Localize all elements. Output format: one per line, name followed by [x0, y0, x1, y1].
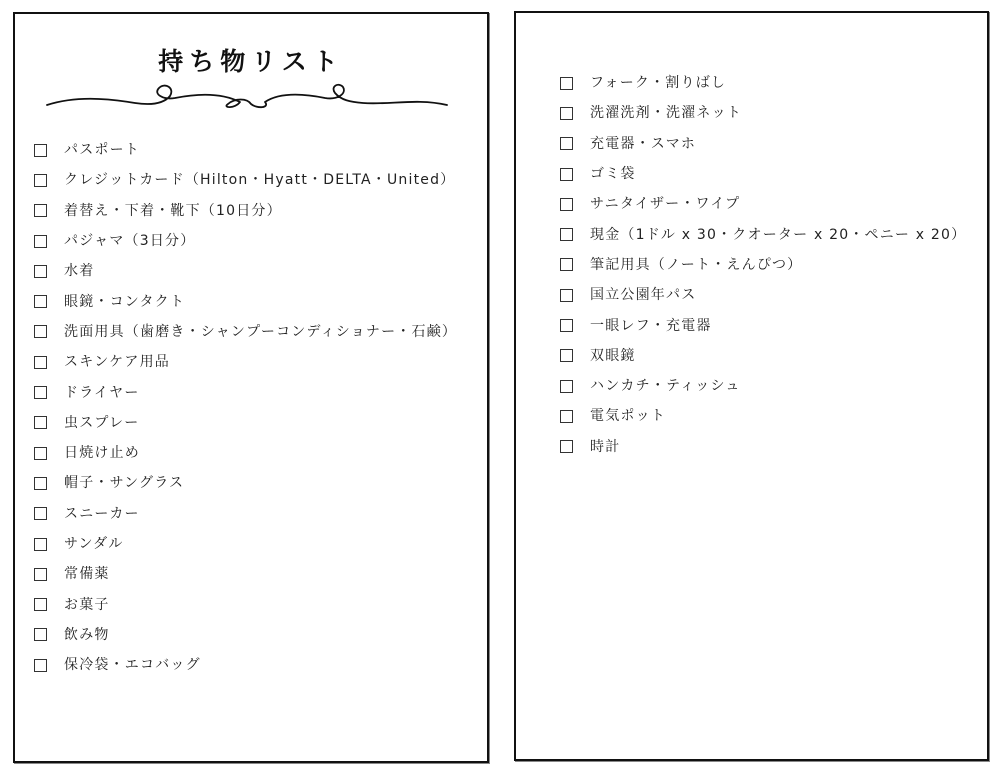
checklist-page-left: 持ち物リスト パスポート クレジットカード（Hilton・Hyatt・DELTA… — [13, 12, 489, 763]
checkbox[interactable] — [34, 386, 47, 399]
item-label: 一眼レフ・充電器 — [590, 319, 712, 333]
item-label: クレジットカード（Hilton・Hyatt・DELTA・United） — [64, 173, 455, 187]
item-label: 現金（1ドル x 30・クオーター x 20・ペニー x 20） — [590, 228, 966, 242]
list-item[interactable]: パスポート — [34, 135, 457, 165]
checkbox[interactable] — [34, 265, 47, 278]
list-item[interactable]: ドライヤー — [34, 377, 457, 407]
list-item[interactable]: お菓子 — [34, 589, 457, 619]
checkbox[interactable] — [34, 628, 47, 641]
item-label: ハンカチ・ティッシュ — [590, 379, 741, 393]
list-item[interactable]: 筆記用具（ノート・えんぴつ） — [560, 250, 966, 280]
list-item[interactable]: 着替え・下着・靴下（10日分） — [34, 196, 457, 226]
item-label: 時計 — [590, 440, 620, 454]
item-label: 筆記用具（ノート・えんぴつ） — [590, 258, 802, 272]
checkbox[interactable] — [34, 356, 47, 369]
checklist-right: フォーク・割りばし 洗濯洗剤・洗濯ネット 充電器・スマホ ゴミ袋 サニタイザー・… — [560, 68, 966, 462]
item-label: 洗面用具（歯磨き・シャンプーコンディショナー・石鹸） — [64, 325, 457, 339]
checkbox[interactable] — [34, 144, 47, 157]
list-item[interactable]: 虫スプレー — [34, 408, 457, 438]
item-label: 充電器・スマホ — [590, 137, 696, 151]
item-label: パスポート — [64, 143, 140, 157]
checkbox[interactable] — [34, 235, 47, 248]
list-item[interactable]: 眼鏡・コンタクト — [34, 286, 457, 316]
list-item[interactable]: ハンカチ・ティッシュ — [560, 371, 966, 401]
list-item[interactable]: 現金（1ドル x 30・クオーター x 20・ペニー x 20） — [560, 219, 966, 249]
list-item[interactable]: 双眼鏡 — [560, 341, 966, 371]
checkbox[interactable] — [34, 416, 47, 429]
list-item[interactable]: スキンケア用品 — [34, 347, 457, 377]
checkbox[interactable] — [560, 380, 573, 393]
checkbox[interactable] — [34, 598, 47, 611]
list-item[interactable]: 常備薬 — [34, 559, 457, 589]
checkbox[interactable] — [34, 477, 47, 490]
list-item[interactable]: 洗面用具（歯磨き・シャンプーコンディショナー・石鹸） — [34, 317, 457, 347]
checkbox[interactable] — [34, 325, 47, 338]
list-item[interactable]: サンダル — [34, 529, 457, 559]
list-item[interactable]: 保冷袋・エコバッグ — [34, 650, 457, 680]
checkbox[interactable] — [560, 410, 573, 423]
checklist-page-right: フォーク・割りばし 洗濯洗剤・洗濯ネット 充電器・スマホ ゴミ袋 サニタイザー・… — [514, 11, 989, 761]
list-item[interactable]: 一眼レフ・充電器 — [560, 310, 966, 340]
checkbox[interactable] — [560, 319, 573, 332]
list-item[interactable]: 電気ポット — [560, 401, 966, 431]
page-title: 持ち物リスト — [15, 42, 487, 78]
checkbox[interactable] — [34, 538, 47, 551]
item-label: ドライヤー — [64, 386, 140, 400]
item-label: 洗濯洗剤・洗濯ネット — [590, 106, 742, 120]
checkbox[interactable] — [560, 168, 573, 181]
checkbox[interactable] — [560, 289, 573, 302]
checkbox[interactable] — [560, 440, 573, 453]
item-label: 電気ポット — [590, 409, 666, 423]
list-item[interactable]: 時計 — [560, 432, 966, 462]
list-item[interactable]: 飲み物 — [34, 620, 457, 650]
checkbox[interactable] — [560, 137, 573, 150]
item-label: 虫スプレー — [64, 416, 139, 430]
checkbox[interactable] — [34, 204, 47, 217]
list-item[interactable]: サニタイザー・ワイプ — [560, 189, 966, 219]
checkbox[interactable] — [34, 447, 47, 460]
item-label: 日焼け止め — [64, 446, 140, 460]
item-label: サニタイザー・ワイプ — [590, 197, 740, 211]
item-label: 着替え・下着・靴下（10日分） — [64, 204, 282, 218]
checkbox[interactable] — [560, 198, 573, 211]
list-item[interactable]: 水着 — [34, 256, 457, 286]
item-label: 帽子・サングラス — [64, 476, 184, 490]
checkbox[interactable] — [560, 228, 573, 241]
list-item[interactable]: 帽子・サングラス — [34, 468, 457, 498]
item-label: 飲み物 — [64, 628, 110, 642]
checkbox[interactable] — [560, 349, 573, 362]
checkbox[interactable] — [560, 107, 573, 120]
checkbox[interactable] — [34, 568, 47, 581]
item-label: 国立公園年パス — [590, 288, 696, 302]
list-item[interactable]: スニーカー — [34, 499, 457, 529]
list-item[interactable]: パジャマ（3日分） — [34, 226, 457, 256]
item-label: スニーカー — [64, 507, 140, 521]
checkbox[interactable] — [34, 295, 47, 308]
decorative-flourish-icon — [45, 78, 449, 110]
item-label: フォーク・割りばし — [590, 76, 726, 90]
item-label: 常備薬 — [64, 567, 110, 581]
item-label: 保冷袋・エコバッグ — [64, 658, 201, 672]
list-item[interactable]: ゴミ袋 — [560, 159, 966, 189]
list-item[interactable]: 国立公園年パス — [560, 280, 966, 310]
list-item[interactable]: 充電器・スマホ — [560, 129, 966, 159]
item-label: サンダル — [64, 537, 124, 551]
checkbox[interactable] — [34, 507, 47, 520]
list-item[interactable]: 洗濯洗剤・洗濯ネット — [560, 98, 966, 128]
checklist-left: パスポート クレジットカード（Hilton・Hyatt・DELTA・United… — [34, 135, 457, 680]
item-label: ゴミ袋 — [590, 167, 636, 181]
item-label: スキンケア用品 — [64, 355, 170, 369]
item-label: パジャマ（3日分） — [64, 234, 195, 248]
list-item[interactable]: クレジットカード（Hilton・Hyatt・DELTA・United） — [34, 165, 457, 195]
item-label: 双眼鏡 — [590, 349, 636, 363]
checkbox[interactable] — [34, 174, 47, 187]
checkbox[interactable] — [560, 258, 573, 271]
item-label: 眼鏡・コンタクト — [64, 295, 185, 309]
checkbox[interactable] — [560, 77, 573, 90]
item-label: お菓子 — [64, 598, 110, 612]
checkbox[interactable] — [34, 659, 47, 672]
list-item[interactable]: 日焼け止め — [34, 438, 457, 468]
item-label: 水着 — [64, 264, 94, 278]
list-item[interactable]: フォーク・割りばし — [560, 68, 966, 98]
